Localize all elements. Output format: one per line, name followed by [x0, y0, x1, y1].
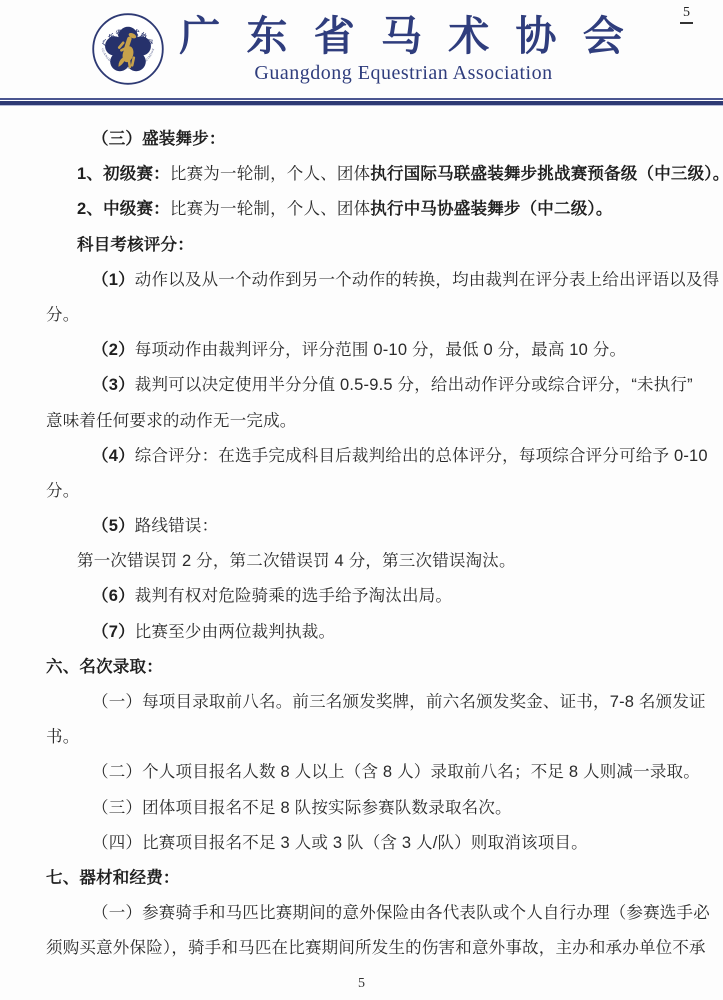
text-run: （四）比赛项目报名不足 3 人或 3 队（含 3 人/队）则取消该项目。: [92, 834, 588, 852]
text-run: 分。: [46, 306, 79, 324]
text-run: 裁判有权对危险骑乘的选手给予淘汰出局。: [135, 587, 452, 605]
association-titles: 广 东 省 马 术 协 会 Guangdong Equestrian Assoc…: [175, 13, 632, 84]
text-run-bold: 2、中级赛：: [77, 200, 170, 218]
text-line: （三）团体项目报名不足 8 队按实际参赛队数录取名次。: [46, 791, 723, 826]
text-run: 动作以及从一个动作到另一个动作的转换，均由裁判在评分表上给出评语以及得: [135, 271, 720, 289]
text-line: （3）裁判可以决定使用半分分值 0.5-9.5 分，给出动作评分或综合评分，“未…: [46, 368, 723, 403]
text-line: （7）比赛至少由两位裁判执裁。: [46, 615, 723, 650]
text-line: （1）动作以及从一个动作到另一个动作的转换，均由裁判在评分表上给出评语以及得: [46, 263, 723, 298]
text-run: 比赛为一轮制，个人、团体: [170, 165, 370, 183]
text-run-bold: （4）: [92, 447, 135, 465]
text-run: 第一次错误罚 2 分，第二次错误罚 4 分，第三次错误淘汰。: [77, 552, 516, 570]
text-line: 书。: [46, 720, 723, 755]
text-line: 2、中级赛：比赛为一轮制，个人、团体执行中马协盛装舞步（中二级）。: [46, 192, 723, 227]
text-run: （三）团体项目报名不足 8 队按实际参赛队数录取名次。: [92, 799, 512, 817]
text-run: 书。: [46, 728, 79, 746]
text-run-bold: （三）盛装舞步：: [92, 130, 226, 148]
text-run-bold: 七、器材和经费：: [46, 869, 180, 887]
header-divider-rule: [0, 98, 723, 108]
text-run-bold: （7）: [92, 623, 135, 641]
document-body: （三）盛装舞步：1、初级赛：比赛为一轮制，个人、团体执行国际马联盛装舞步挑战赛预…: [46, 122, 723, 967]
text-run: 须购买意外保险），骑手和马匹在比赛期间所发生的伤害和意外事故，主办和承办单位不承: [46, 939, 706, 957]
text-run-bold: （1）: [92, 271, 135, 289]
text-line: 意味着任何要求的动作无一完成。: [46, 404, 723, 439]
text-line: （三）盛装舞步：: [46, 122, 723, 157]
text-run: 分。: [46, 482, 79, 500]
text-run: （二）个人项目报名人数 8 人以上（含 8 人）录取前八名；不足 8 人则减一录…: [92, 763, 700, 781]
text-line: 科目考核评分：: [46, 228, 723, 263]
text-run-bold: （5）: [92, 517, 135, 535]
text-run-bold: 执行国际马联盛装舞步挑战赛预备级（中三级）。: [370, 165, 723, 183]
text-line: （4）综合评分：在选手完成科目后裁判给出的总体评分，每项综合评分可给予 0-10: [46, 439, 723, 474]
text-run-bold: 执行中马协盛装舞步（中二级）。: [370, 200, 612, 218]
text-run: 每项动作由裁判评分，评分范围 0-10 分，最低 0 分，最高 10 分。: [135, 341, 626, 359]
text-line: （一）参赛骑手和马匹比赛期间的意外保险由各代表队或个人自行办理（参赛选手必: [46, 896, 723, 931]
text-run: 裁判可以决定使用半分分值 0.5-9.5 分，给出动作评分或综合评分，“未执行”: [135, 376, 693, 394]
text-line: 六、名次录取：: [46, 650, 723, 685]
text-line: 1、初级赛：比赛为一轮制，个人、团体执行国际马联盛装舞步挑战赛预备级（中三级）。: [46, 157, 723, 192]
text-line: 分。: [46, 298, 723, 333]
text-run: 比赛至少由两位裁判执裁。: [135, 623, 335, 641]
text-run: 综合评分：在选手完成科目后裁判给出的总体评分，每项综合评分可给予 0-10: [135, 447, 708, 465]
text-line: （二）个人项目报名人数 8 人以上（含 8 人）录取前八名；不足 8 人则减一录…: [46, 755, 723, 790]
association-title-en: Guangdong Equestrian Association: [254, 62, 552, 85]
text-line: （四）比赛项目报名不足 3 人或 3 队（含 3 人/队）则取消该项目。: [46, 826, 723, 861]
text-run-bold: 1、初级赛：: [77, 165, 170, 183]
text-run-bold: 六、名次录取：: [46, 658, 163, 676]
page-number-bottom: 5: [0, 976, 723, 992]
text-run: （一）每项目录取前八名。前三名颁发奖牌，前六名颁发奖金、证书，7-8 名颁发证: [92, 693, 706, 711]
text-line: （一）每项目录取前八名。前三名颁发奖牌，前六名颁发奖金、证书，7-8 名颁发证: [46, 685, 723, 720]
text-line: 第一次错误罚 2 分，第二次错误罚 4 分，第三次错误淘汰。: [46, 544, 723, 579]
text-run: 比赛为一轮制，个人、团体: [170, 200, 370, 218]
association-title-cn: 广 东 省 马 术 协 会: [175, 13, 632, 60]
text-line: 分。: [46, 474, 723, 509]
text-run: 意味着任何要求的动作无一完成。: [46, 412, 297, 430]
text-run-bold: （6）: [92, 587, 135, 605]
text-run-bold: （3）: [92, 376, 135, 394]
association-logo-icon: 广东省马术协会 GUANGDONG EQUESTRIAN ASSOCIATION: [91, 12, 165, 86]
document-page: 5 广东省马术协会 GUANGDONG EQUESTRIAN ASSOCIATI…: [0, 0, 723, 1000]
text-line: （5）路线错误：: [46, 509, 723, 544]
text-line: （6）裁判有权对危险骑乘的选手给予淘汰出局。: [46, 579, 723, 614]
text-line: （2）每项动作由裁判评分，评分范围 0-10 分，最低 0 分，最高 10 分。: [46, 333, 723, 368]
text-run-bold: （2）: [92, 341, 135, 359]
association-header: 广东省马术协会 GUANGDONG EQUESTRIAN ASSOCIATION: [0, 12, 723, 86]
text-run: （一）参赛骑手和马匹比赛期间的意外保险由各代表队或个人自行办理（参赛选手必: [92, 904, 710, 922]
text-run-bold: 科目考核评分：: [77, 236, 194, 254]
text-line: 七、器材和经费：: [46, 861, 723, 896]
text-line: 须购买意外保险），骑手和马匹在比赛期间所发生的伤害和意外事故，主办和承办单位不承: [46, 931, 723, 966]
text-run: 路线错误：: [135, 517, 219, 535]
association-logo: 广东省马术协会 GUANGDONG EQUESTRIAN ASSOCIATION: [91, 12, 165, 86]
